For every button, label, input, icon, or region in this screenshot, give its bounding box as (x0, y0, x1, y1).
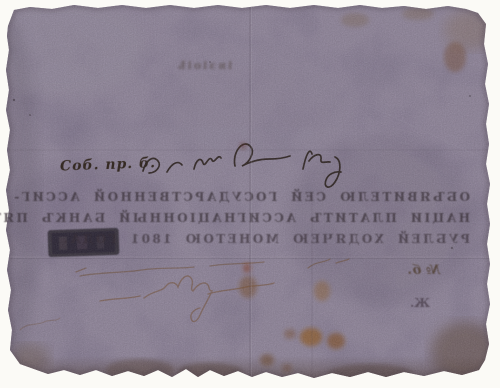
banknote-photo: івзіоіѣ Соб. пр. б. ОБЪЯВИТЕЛЮ СЕЙ ГОСУД… (0, 0, 500, 388)
grain-light (0, 0, 500, 388)
stains-and-grain-layer (0, 0, 500, 388)
